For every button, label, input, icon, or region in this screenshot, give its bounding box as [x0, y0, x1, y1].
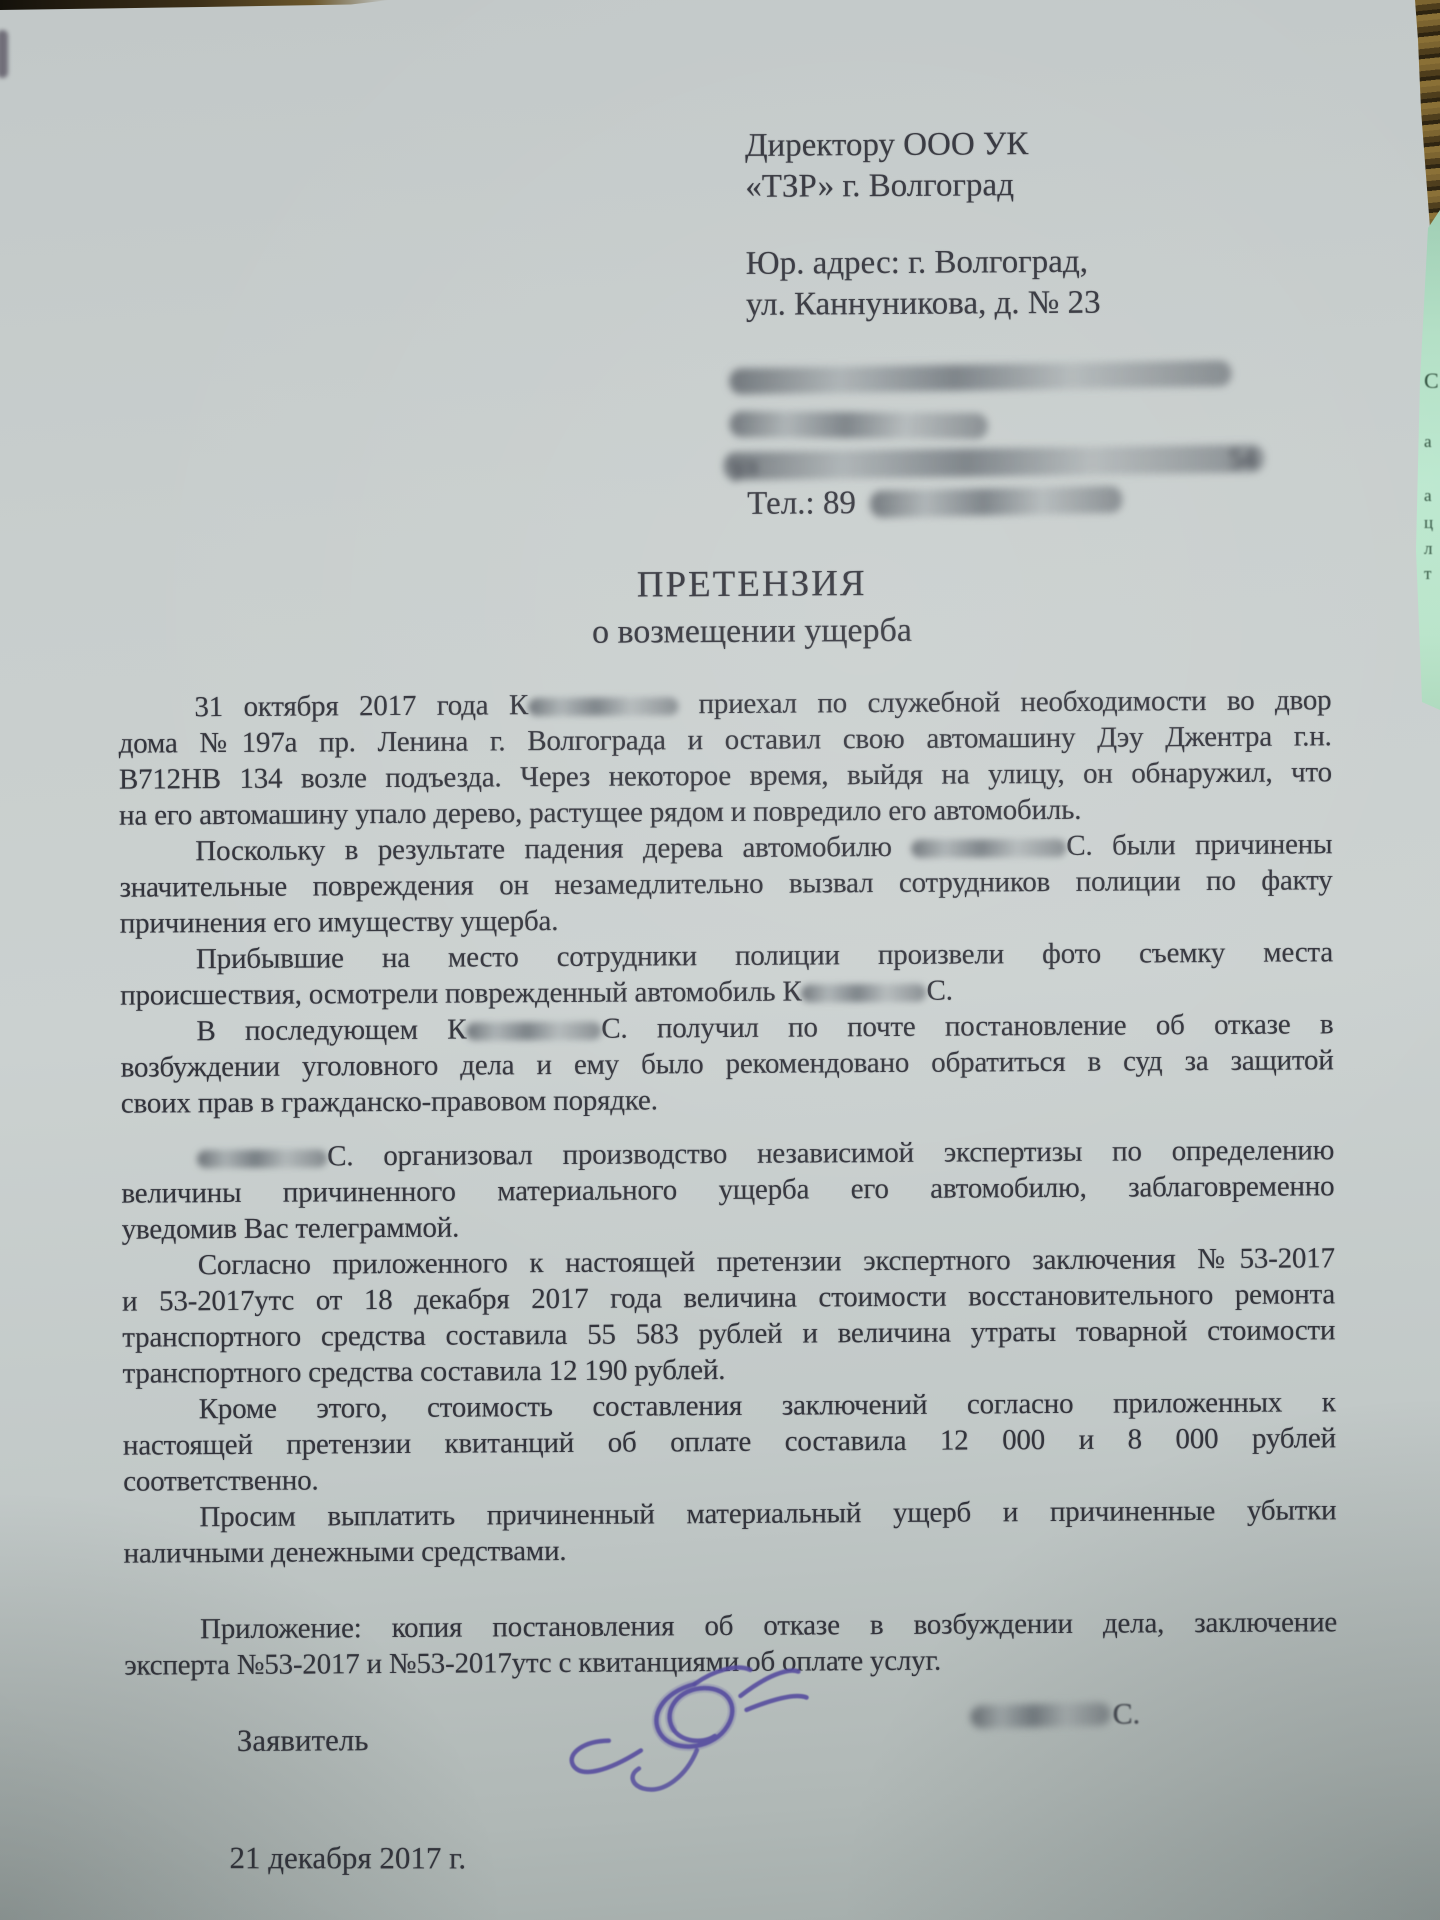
recipient-line: Юр. адрес: г. Волгоград,: [746, 242, 1088, 285]
paragraph: Прибывшие на место сотрудники полиции пр…: [120, 934, 1333, 1013]
redacted-text: [528, 697, 678, 716]
recipient-block: Директору ООО УК «ТЗР» г. Волгоград Юр. …: [745, 123, 1288, 546]
claim-document: Директору ООО УК «ТЗР» г. Волгоград Юр. …: [0, 0, 1440, 1920]
paragraph: 31 октября 2017 года К приехал по служеб…: [118, 682, 1332, 833]
document-title: ПРЕТЕНЗИЯ: [173, 559, 1331, 609]
redacted-text: [911, 839, 1066, 858]
redacted-text: [466, 1022, 601, 1041]
recipient-line: «ТЗР» г. Волгоград: [745, 165, 1014, 208]
paragraph: Просим выплатить причиненный материальны…: [123, 1492, 1336, 1571]
document-body: 31 октября 2017 года К приехал по служеб…: [118, 682, 1337, 1683]
text-line: Приложение: копия постановления об отказ…: [124, 1604, 1337, 1647]
text-line: значительные повреждения он незамедлител…: [119, 862, 1332, 905]
date-line: 21 декабря 2017 г.: [229, 1840, 466, 1876]
signer-name: С.: [971, 1697, 1141, 1732]
photo-of-document: С а а ц л т Директору ООО УК «ТЗР» г. Во…: [0, 0, 1440, 1920]
signer-label: Заявитель: [237, 1722, 369, 1759]
phone-label: Тел.: 89: [747, 485, 856, 522]
title-block: ПРЕТЕНЗИЯ о возмещении ущерба: [118, 559, 1332, 654]
redacted-fragment: ул: [732, 445, 758, 486]
redacted-address-line: [730, 411, 988, 439]
phone-line: Тел.: 89: [747, 482, 1122, 525]
text-line: своих прав в гражданско-правовом порядке…: [121, 1078, 1334, 1121]
paragraph: Кроме этого, стоимость составления заклю…: [123, 1384, 1337, 1499]
paragraph: В последующем КС. получил по почте поста…: [120, 1006, 1334, 1121]
redacted-text: [802, 984, 927, 1003]
signer-name-suffix: С.: [1113, 1697, 1141, 1731]
text-line: настоящей претензии квитанций об оплате …: [123, 1420, 1336, 1463]
redacted-fragment: 54: [1229, 438, 1257, 479]
recipient-line: ул. Каннуникова, д. № 23: [746, 283, 1101, 326]
redacted-applicant-name-line: [729, 360, 1231, 394]
paragraph: С. организовал производство независимой …: [121, 1132, 1335, 1247]
text-line: наличными денежными средствами.: [124, 1528, 1337, 1571]
text-line: величины причиненного материального ущер…: [121, 1168, 1334, 1211]
paragraph: Согласно приложенного к настоящей претен…: [122, 1240, 1336, 1391]
handwritten-signature: [544, 1657, 825, 1819]
paragraph: Поскольку в результате падения дерева ав…: [119, 826, 1333, 941]
document-subtitle: о возмещении ущерба: [173, 609, 1331, 654]
redacted-text: [197, 1149, 327, 1168]
text-line: В712НВ 134 возле подъезда. Через некотор…: [119, 754, 1332, 797]
recipient-line: Директору ООО УК: [745, 124, 1029, 167]
redacted-phone-number: [870, 486, 1122, 518]
text-line: транспортного средства составила 55 583 …: [122, 1312, 1335, 1355]
text-line: Прибывшие на место сотрудники полиции пр…: [120, 934, 1333, 977]
redacted-address-line: ул 54: [724, 444, 1264, 480]
text-line: Просим выплатить причиненный материальны…: [123, 1492, 1336, 1535]
text-line: возбуждении уголовного дела и ему было р…: [121, 1042, 1334, 1085]
redacted-signer-name: [970, 1702, 1111, 1728]
